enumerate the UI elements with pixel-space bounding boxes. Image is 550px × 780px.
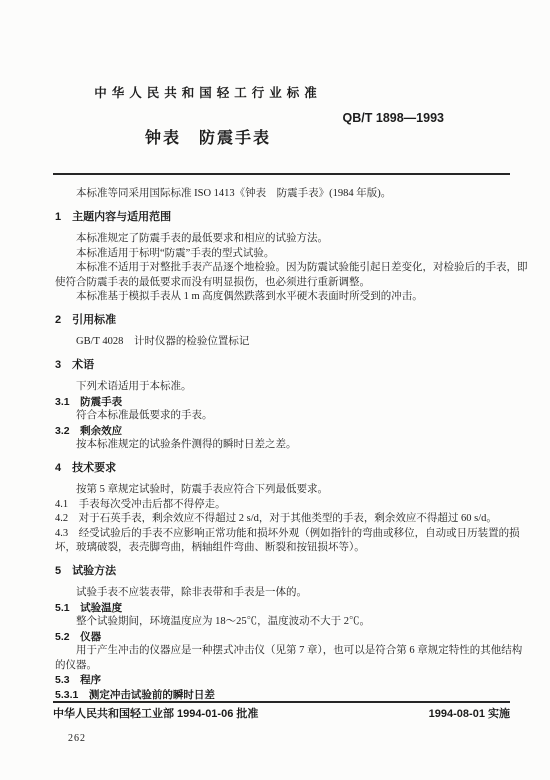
- text-line-clause: 4.1 手表每次受冲击后都不得停走。: [55, 498, 506, 513]
- text-line-clause: 4.2 对于石英手表，剩余效应不得超过 2 s/d，对于其他类型的手表，剩余效应…: [55, 512, 506, 527]
- text-line-h1: 4 技术要求: [55, 461, 506, 476]
- text-line-h2: 3.2 剩余效应: [55, 424, 506, 439]
- text-line-h1: 5 试验方法: [55, 564, 506, 579]
- text-line-para: 下列术语适用于本标准。: [55, 380, 506, 395]
- text-line-para: 按本标准规定的试验条件测得的瞬时日差之差。: [55, 438, 506, 453]
- text-line-para: 本标准规定了防震手表的最低要求和相应的试验方法。: [55, 232, 506, 247]
- header-divider: [53, 173, 510, 175]
- text-line-clause: 4.3 经受试验后的手表不应影响正常功能和损坏外观（例如指针的弯曲或移位，自动或…: [55, 527, 506, 542]
- footer-line: 中华人民共和国轻工业部 1994-01-06 批准 1994-08-01 实施: [53, 708, 510, 721]
- text-line-para: 本标准不适用于对整批手表产品逐个地检验。因为防震试验能引起日差变化，对检验后的手…: [55, 261, 506, 276]
- document-body: 本标准等同采用国际标准 ISO 1413《钟表 防震手表》(1984 年版)。1…: [55, 187, 506, 702]
- document-header: 中华人民共和国轻工行业标准 QB/T 1898—1993 钟表 防震手表: [55, 86, 506, 175]
- text-line-para: 用于产生冲击的仪器应是一种摆式冲击仪（见第 7 章），也可以是符合第 6 章规定…: [55, 644, 506, 659]
- document-title: 钟表 防震手表: [55, 130, 361, 148]
- page-number: 262: [68, 733, 86, 744]
- text-line-h1: 3 术语: [55, 358, 506, 373]
- text-line-para: 试验手表不应装表带，除非表带和手表是一体的。: [55, 586, 506, 601]
- text-line-h2: 5.3 程序: [55, 673, 506, 688]
- text-line-h2: 5.3.1 测定冲击试验前的瞬时日差: [55, 688, 506, 703]
- document-footer: 中华人民共和国轻工业部 1994-01-06 批准 1994-08-01 实施: [53, 701, 510, 721]
- standard-number: QB/T 1898—1993: [55, 111, 506, 125]
- text-line-para: GB/T 4028 计时仪器的检验位置标记: [55, 335, 506, 350]
- text-line-para: 本标准等同采用国际标准 ISO 1413《钟表 防震手表》(1984 年版)。: [55, 187, 506, 202]
- footer-divider: [53, 701, 510, 703]
- text-line-para: 本标准基于模拟手表从 1 m 高度偶然跌落到水平硬木表面时所受到的冲击。: [55, 290, 506, 305]
- text-line-cont: 使符合防震手表的最低要求而没有明显损伤，也必须进行重新调整。: [55, 276, 506, 291]
- text-line-cont: 的仪器。: [55, 659, 506, 674]
- text-line-para: 按第 5 章规定试验时，防震手表应符合下列最低要求。: [55, 483, 506, 498]
- text-line-h2: 3.1 防震手表: [55, 395, 506, 410]
- text-line-para: 整个试验期间，环境温度应为 18～25℃，温度波动不大于 2℃。: [55, 615, 506, 630]
- implementation-note: 1994-08-01 实施: [429, 708, 510, 721]
- standard-org-line: 中华人民共和国轻工行业标准: [55, 86, 361, 100]
- approval-note: 中华人民共和国轻工业部 1994-01-06 批准: [53, 708, 258, 721]
- document-page: 中华人民共和国轻工行业标准 QB/T 1898—1993 钟表 防震手表 本标准…: [0, 0, 550, 780]
- text-line-para: 本标准适用于标明“防震”手表的型式试验。: [55, 247, 506, 262]
- text-line-h1: 2 引用标准: [55, 313, 506, 328]
- text-line-h2: 5.2 仪器: [55, 630, 506, 645]
- text-line-cont: 坏，玻璃破裂，表壳脚弯曲，柄轴组件弯曲、断裂和按钮损坏等）。: [55, 541, 506, 556]
- text-line-h2: 5.1 试验温度: [55, 601, 506, 616]
- text-line-para: 符合本标准最低要求的手表。: [55, 409, 506, 424]
- text-line-h1: 1 主题内容与适用范围: [55, 210, 506, 225]
- page-content: 中华人民共和国轻工行业标准 QB/T 1898—1993 钟表 防震手表 本标准…: [55, 86, 506, 702]
